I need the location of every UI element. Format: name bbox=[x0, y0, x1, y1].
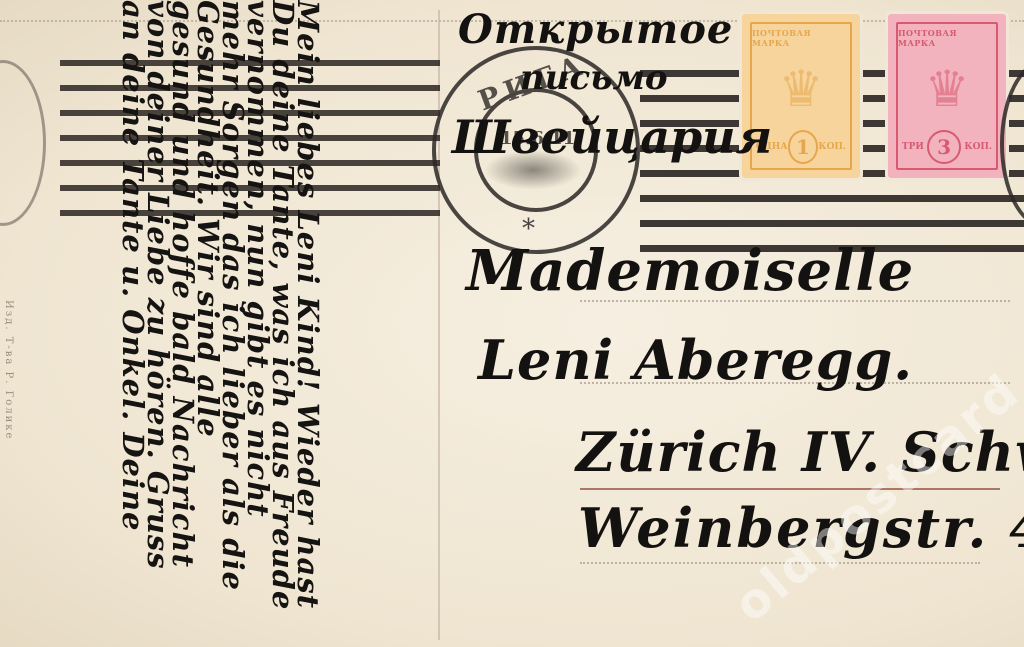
publisher-imprint: Изд. Т-ва Р. Голике bbox=[3, 300, 14, 440]
stamp-value: 3 bbox=[927, 130, 961, 164]
stamp-header: ПОЧТОВАЯ МАРКА bbox=[752, 28, 850, 48]
address-title: Mademoiselle bbox=[466, 238, 914, 304]
eagle-emblem-icon: ♛ bbox=[925, 64, 970, 114]
message-area: Mein liebes Leni Kind! Wieder hast Du de… bbox=[0, 0, 440, 647]
address-underline bbox=[580, 488, 1000, 490]
stamp-unit: КОП. bbox=[818, 142, 846, 152]
handwritten-message: Mein liebes Leni Kind! Wieder hast Du de… bbox=[120, 0, 320, 640]
stamp-unit: КОП. bbox=[964, 142, 992, 152]
stamp-value: 1 bbox=[788, 130, 819, 164]
header-sub-handwritten: письмо bbox=[520, 58, 668, 98]
address-name: Leni Aberegg. bbox=[478, 328, 913, 392]
stamp-word: ТРИ bbox=[902, 142, 924, 152]
header-handwritten: Открытое bbox=[458, 6, 733, 53]
stamp-header: ПОЧТОВАЯ МАРКА bbox=[898, 28, 996, 48]
eagle-emblem-icon: ♛ bbox=[779, 64, 824, 114]
destination-country: Швейцария bbox=[452, 110, 772, 164]
postcard: Mein liebes Leni Kind! Wieder hast Du de… bbox=[0, 0, 1024, 647]
stamp-3-kopek: ПОЧТОВАЯ МАРКА ♛ ТРИ 3 КОП. bbox=[888, 14, 1006, 178]
